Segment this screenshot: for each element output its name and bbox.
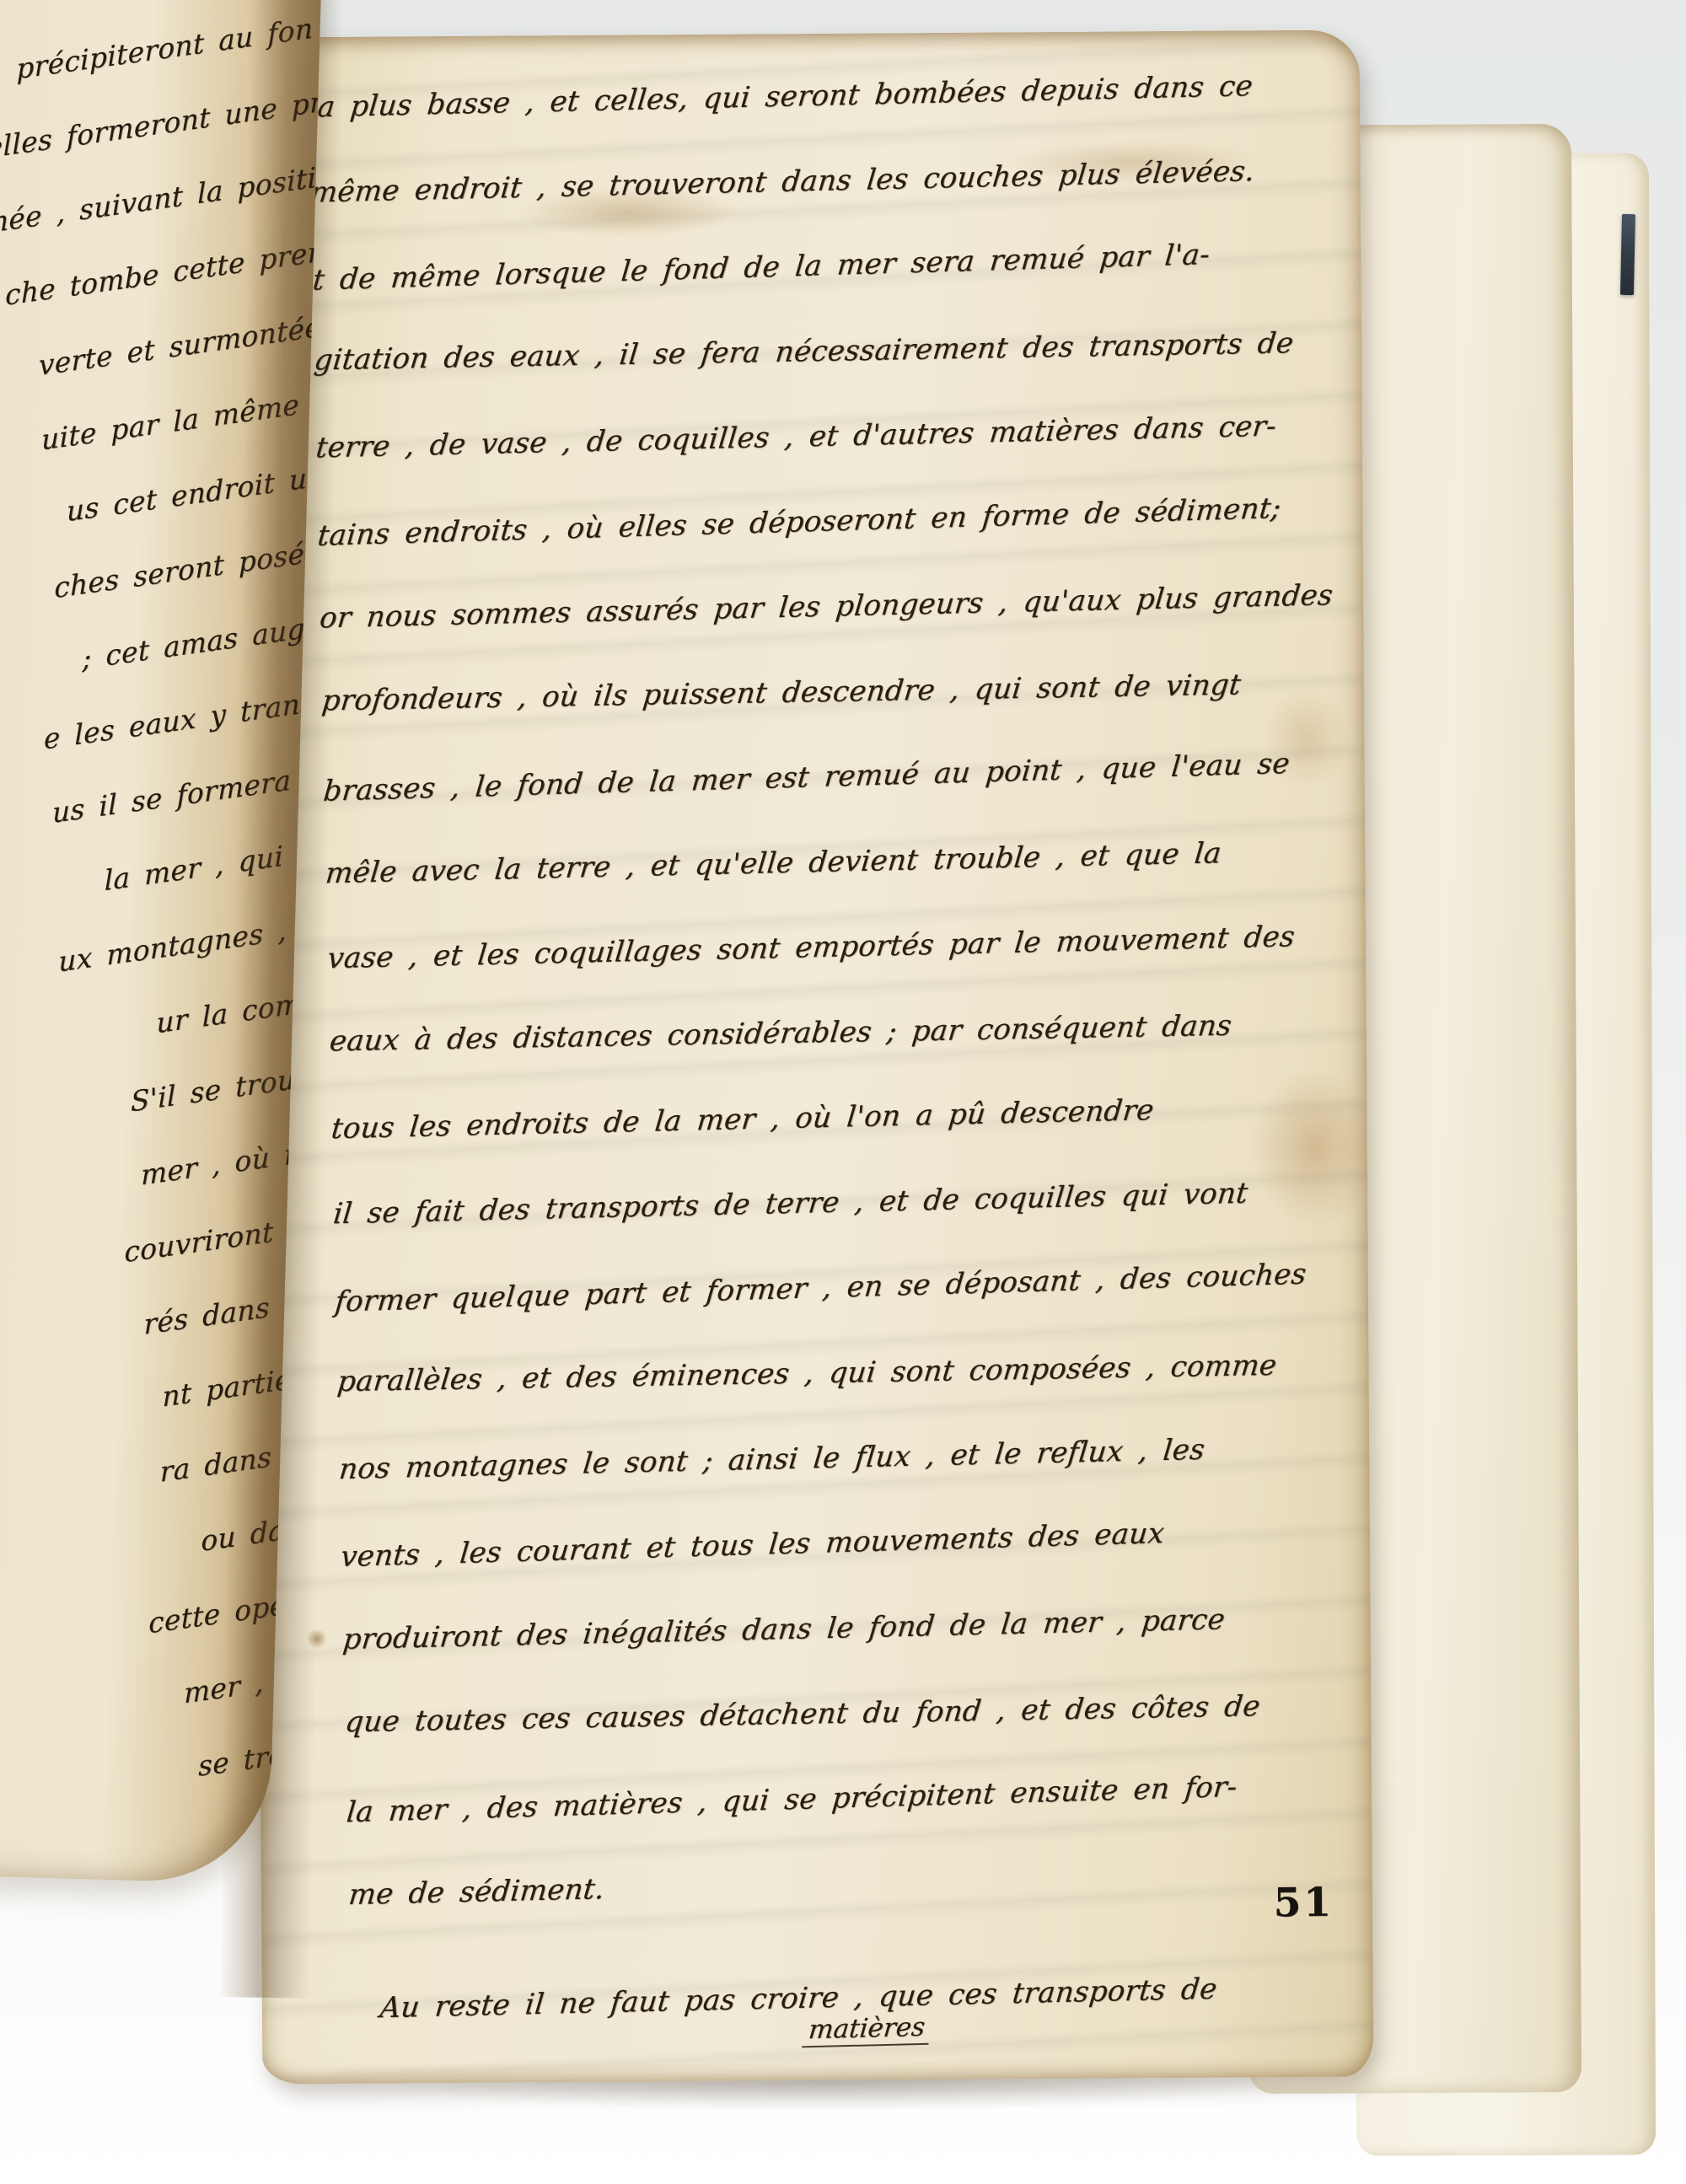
manuscript-text-block: la plus basse , et celles, qui seront bo… — [307, 35, 1351, 2043]
previous-page-text-block: précipiteront au fon la elles formeront … — [0, 0, 322, 1813]
manuscript-recto-page: la plus basse , et celles, qui seront bo… — [249, 30, 1374, 2084]
page-number: 51 — [1273, 1883, 1334, 1923]
catchword: matières — [802, 2015, 931, 2048]
bookmark-ribbon — [1620, 214, 1635, 295]
previous-page-edge: précipiteront au fon la elles formeront … — [0, 0, 322, 1884]
manuscript-photo: la plus basse , et celles, qui seront bo… — [0, 0, 1686, 2184]
